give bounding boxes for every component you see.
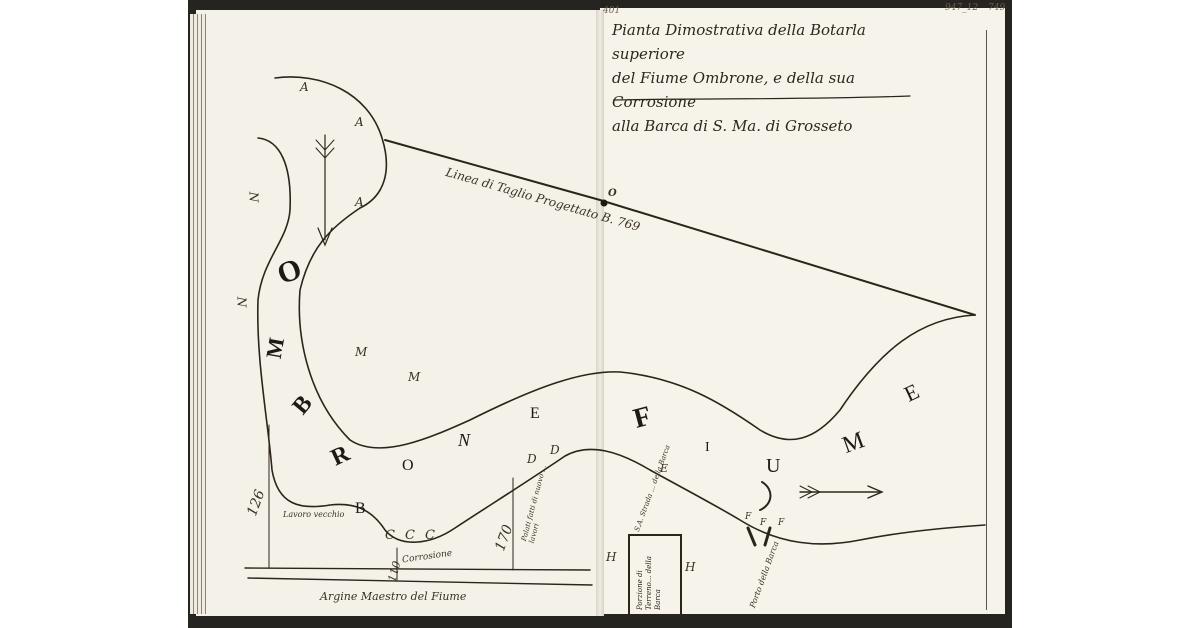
boxed-note: Porzione di Terreno... della Barca	[628, 534, 682, 616]
title-line-3: alla Barca di S. Ma. di Grosseto	[612, 114, 932, 138]
marker-n-1: N	[246, 192, 260, 203]
marker-n-2: N	[234, 297, 248, 308]
title-line-2: del Fiume Ombrone, e della sua Corrosion…	[612, 66, 932, 114]
marker-d-1: D	[527, 452, 537, 466]
lavoro-vecchio-label: Lavoro vecchio	[283, 510, 344, 519]
marker-f-2: F	[760, 518, 766, 528]
point-o-marker	[601, 200, 608, 207]
marker-f-3: F	[778, 518, 784, 528]
marker-c-1: C	[385, 528, 395, 543]
argine-label: Argine Maestro del Fiume	[320, 590, 466, 603]
folio-number: 749	[988, 3, 1005, 13]
letter-i: I	[705, 440, 710, 456]
marker-m-1: M	[355, 345, 367, 359]
letter-n: N	[458, 430, 470, 451]
folio-ref: 947_12	[945, 3, 978, 13]
letter-e: E	[530, 405, 540, 423]
marker-point-o: O	[608, 188, 617, 199]
marker-c-2: C	[405, 528, 415, 543]
marker-h-1: H	[606, 550, 616, 564]
letter-o2: O	[402, 457, 414, 475]
marker-f-1: F	[745, 512, 751, 522]
marker-h-2: H	[685, 560, 695, 574]
letter-u: U	[766, 455, 780, 478]
marker-a-2: A	[355, 115, 364, 129]
boxed-note-text: Porzione di Terreno... della Barca	[636, 538, 663, 610]
title-line-1: Pianta Dimostrativa della Botarla superi…	[612, 18, 932, 66]
marker-a-1: A	[300, 80, 309, 94]
folio-left-mark: 401	[603, 6, 620, 16]
marker-a-3: A	[355, 195, 364, 209]
letter-m: M	[261, 336, 290, 361]
river-map-drawing	[0, 0, 1200, 628]
marker-c-3: C	[425, 528, 435, 543]
map-title: Pianta Dimostrativa della Botarla superi…	[612, 18, 932, 138]
marker-b: B	[355, 500, 366, 518]
marker-m-2: M	[408, 370, 420, 384]
